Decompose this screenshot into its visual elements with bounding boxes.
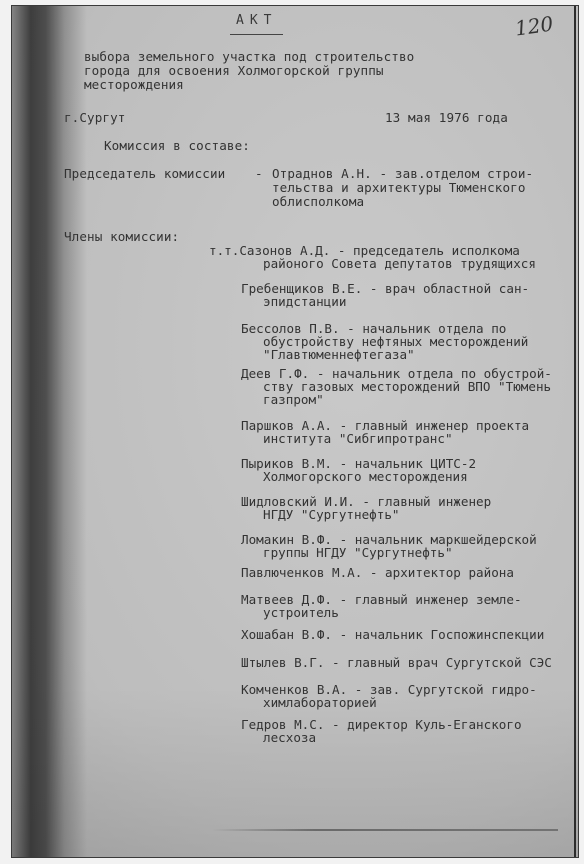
commission-heading: Комиссия в составе: (104, 139, 250, 153)
member-entry: Гребенщиков В.Е. - врач областной сан-эп… (241, 282, 529, 308)
document-title: АКТ (230, 13, 283, 35)
member-entry: Комченков В.А. - зав. Сургутской гидро-х… (241, 683, 537, 709)
member-position-line: газпром" (241, 393, 552, 406)
page-edge (574, 6, 576, 857)
member-position-line: института "Сибгипротранс" (241, 432, 529, 445)
member-name-line: Штылев В.Г. - главный врач Сургутской СЭ… (241, 656, 552, 669)
member-position-line: "Главтюменнефтегаза" (241, 348, 528, 361)
chairman-dash: - (255, 167, 263, 181)
member-entry: Ломакин В.Ф. - начальник маркшейдерскойг… (241, 533, 537, 559)
member-entry: т.т.Сазонов А.Д. - председатель исполком… (209, 244, 536, 270)
member-entry: Хошабан В.Ф. - начальник Госпожинспекции (241, 628, 544, 641)
scan-streak (212, 829, 558, 831)
chairman-label: Председатель комиссии (64, 167, 225, 181)
member-entry: Шидловский И.И. - главный инженерНГДУ "С… (241, 495, 491, 521)
member-entry: Деев Г.Ф. - начальник отдела по обустрой… (241, 367, 552, 406)
member-position-line: Холмогорского месторождения (241, 470, 476, 483)
member-entry: Гедров М.С. - директор Куль-Еганскоголес… (241, 718, 522, 744)
member-entry: Бессолов П.В. - начальник отдела пообуст… (241, 322, 528, 361)
document-date: 13 мая 1976 года (385, 111, 508, 125)
member-entry: Пыриков В.М. - начальник ЦИТС-2Холмогорс… (241, 457, 476, 483)
member-position-line: районого Совета депутатов трудящихся (209, 257, 536, 270)
members-label: Члены комиссии: (64, 230, 179, 244)
member-entry: Паршков А.А. - главный инженер проектаин… (241, 419, 529, 445)
document-place: г.Сургут (64, 111, 125, 125)
member-name-line: Павлюченков М.А. - архитектор района (241, 566, 514, 579)
binding-shadow (12, 6, 87, 857)
member-entry: Матвеев Д.Ф. - главный инженер земле-уст… (241, 593, 522, 619)
member-entry: Штылев В.Г. - главный врач Сургутской СЭ… (241, 656, 552, 669)
subject-line-2: города для освоения Холмогорской группы (84, 64, 384, 78)
subject-line-1: выбора земельного участка под строительс… (84, 50, 414, 64)
member-entry: Павлюченков М.А. - архитектор района (241, 566, 514, 579)
chairman-line-1: Отраднов А.Н. - зав.отделом строи- (272, 167, 533, 181)
member-position-line: эпидстанции (241, 295, 529, 308)
member-position-line: лесхоза (241, 731, 522, 744)
subject-line-3: месторождения (84, 78, 184, 92)
member-position-line: группы НГДУ "Сургутнефть" (241, 546, 537, 559)
member-position-line: НГДУ "Сургутнефть" (241, 508, 491, 521)
member-name-line: Хошабан В.Ф. - начальник Госпожинспекции (241, 628, 544, 641)
member-position-line: устроитель (241, 606, 522, 619)
chairman-line-2: тельства и архитектуры Тюменского (272, 181, 526, 195)
chairman-line-3: облисполкома (272, 195, 364, 209)
member-position-line: химлабораторией (241, 696, 537, 709)
